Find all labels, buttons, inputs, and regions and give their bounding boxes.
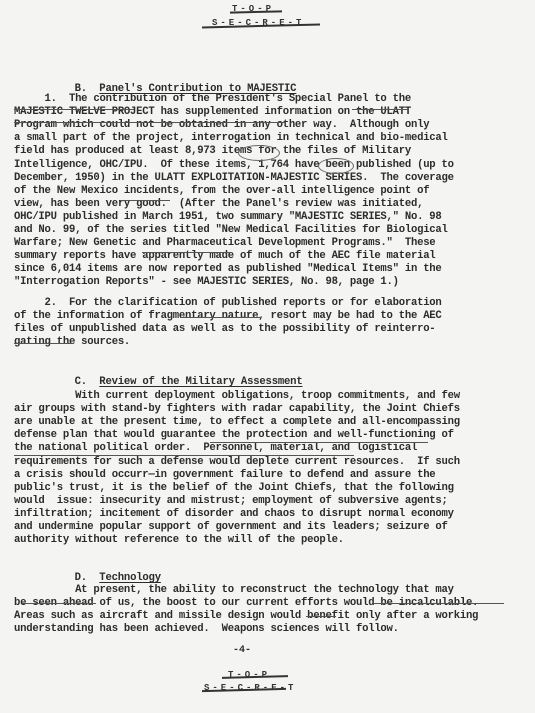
text-line: understanding has been achieved. Weapons… [14,623,399,636]
text-line: 2. For the clarification of published re… [14,297,442,310]
text-line: At present, the ability to reconstruct t… [14,584,454,597]
handwritten-underline [374,601,504,604]
handwritten-underline [120,198,170,201]
handwritten-underline [14,107,134,110]
text-line: OHC/IPU published in March 1951, two sum… [14,211,442,224]
handwritten-circle [238,145,280,161]
handwritten-underline [14,453,354,456]
handwritten-underline [142,250,232,253]
text-line: infiltration; incitement of disorder and… [14,508,454,521]
handwritten-circle [318,158,354,174]
text-line: field has produced at least 8,973 items … [14,145,411,158]
text-line: a small part of the project, interrogati… [14,132,448,145]
text-line: Intelligence, OHC/IPU. Of these items, 1… [14,159,454,172]
text-line: requirements for such a defense would de… [14,456,460,469]
text-line: With current deployment obligations, tro… [14,390,460,403]
handwritten-underline [14,341,74,344]
text-line: and No. 99, of the series titled "New Me… [14,224,448,237]
page-number: -4- [233,645,251,656]
document-page: T-O-P S-E-C-R-E-T B. Panel's Contributio… [0,0,535,713]
text-line: would issue: insecurity and mistrust; em… [14,495,448,508]
handwritten-underline [22,601,96,604]
text-line: files of unpublished data as well as to … [14,323,435,336]
section-c-letter: C. [75,376,87,388]
text-line: air groups with stand-by fighters with r… [14,403,460,416]
section-d-title: Technology [99,572,161,584]
text-line: since 6,014 items are now reported as pu… [14,263,442,276]
handwritten-underline [352,107,408,110]
text-line: Areas such as aircraft and missile desig… [14,610,478,623]
section-d-letter: D. [75,572,87,584]
text-line: Warfare; New Genetic and Pharmaceutical … [14,237,435,250]
text-line: authority without reference to the will … [14,534,344,547]
text-line: "Interrogation Reports" - see MAJESTIC S… [14,276,399,289]
text-line: December, 1950) in the ULATT EXPLOITATIO… [14,172,454,185]
text-line: a crisis should occurr—in government fai… [14,469,435,482]
handwritten-underline [306,614,336,617]
text-line: 1. The contribution of the President's S… [14,93,411,106]
section-c-title: Review of the Military Assessment [99,376,302,388]
text-line: public's trust, it is the belief of the … [14,482,454,495]
text-line: are unable at the present time, to effec… [14,416,460,429]
handwritten-underline [210,440,428,443]
text-line: view, has been very good. (After the Pan… [14,198,423,211]
handwritten-underline [180,315,260,318]
handwritten-underline [14,120,286,123]
text-line: of the New Mexico incidents, from the ov… [14,185,429,198]
text-line: and undermine popular support of governm… [14,521,448,534]
